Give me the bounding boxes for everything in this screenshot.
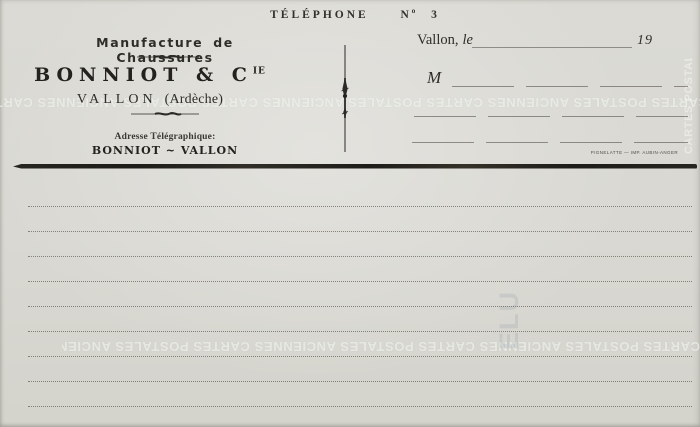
ruled-line: [28, 206, 692, 207]
salutation-write-line: [452, 86, 688, 87]
flourish-rule-top: [137, 53, 199, 61]
company-region: (Ardèche): [165, 92, 224, 107]
ruled-line: [28, 356, 692, 357]
ruled-line: [28, 331, 692, 332]
ruled-line: [28, 306, 692, 307]
telegraph-address-label: Adresse Télégraphique:: [65, 132, 265, 142]
telephone-value: 3: [431, 9, 440, 21]
company-name-suffix: IE: [253, 67, 266, 77]
ruled-line: [28, 256, 692, 257]
telephone-heading: TÉLÉPHONE No 3: [250, 7, 460, 21]
paper-watermark: ELU: [494, 276, 528, 350]
watermark-band-bottom: CARTES POSTALES ANCIENNES CARTES POSTALE…: [62, 337, 700, 356]
address-write-line-2: [412, 142, 688, 143]
telegraph-address-value: BONNIOT ~ VALLON: [65, 144, 265, 157]
telephone-number-sign: N: [400, 9, 411, 21]
company-location: VALLON(Ardèche): [25, 92, 275, 108]
telephone-number-sup: o: [412, 7, 416, 15]
ruled-line: [28, 381, 692, 382]
company-city: VALLON: [77, 92, 157, 107]
header-separator-rule: [13, 164, 697, 169]
dateline-place: Vallon,: [417, 32, 458, 48]
watermark-band-right: CARTES POSTALES ANCIENNES: [681, 58, 697, 154]
company-name: BONNIOT & CIE: [25, 64, 275, 86]
year-prefix: 19: [637, 33, 653, 49]
company-name-main: BONNIOT & C: [34, 64, 253, 86]
flourish-rule-bottom: [131, 110, 199, 118]
letterhead-document: CARTES POSTALES ANCIENNES CARTES POSTALE…: [0, 0, 700, 427]
ruled-line: [28, 281, 692, 282]
dateline-le: le: [462, 32, 472, 48]
ornamental-divider: [339, 44, 351, 154]
telephone-label: TÉLÉPHONE: [270, 9, 369, 21]
dateline: Vallon,le: [417, 32, 473, 49]
ruled-line: [28, 231, 692, 232]
address-write-line-1: [414, 116, 688, 117]
salutation: M: [427, 68, 441, 88]
printer-credit: PIGNELATTE — IMP. AUBIN-ANGER: [566, 150, 678, 155]
date-write-line: [472, 47, 632, 48]
ruled-line: [28, 406, 692, 407]
